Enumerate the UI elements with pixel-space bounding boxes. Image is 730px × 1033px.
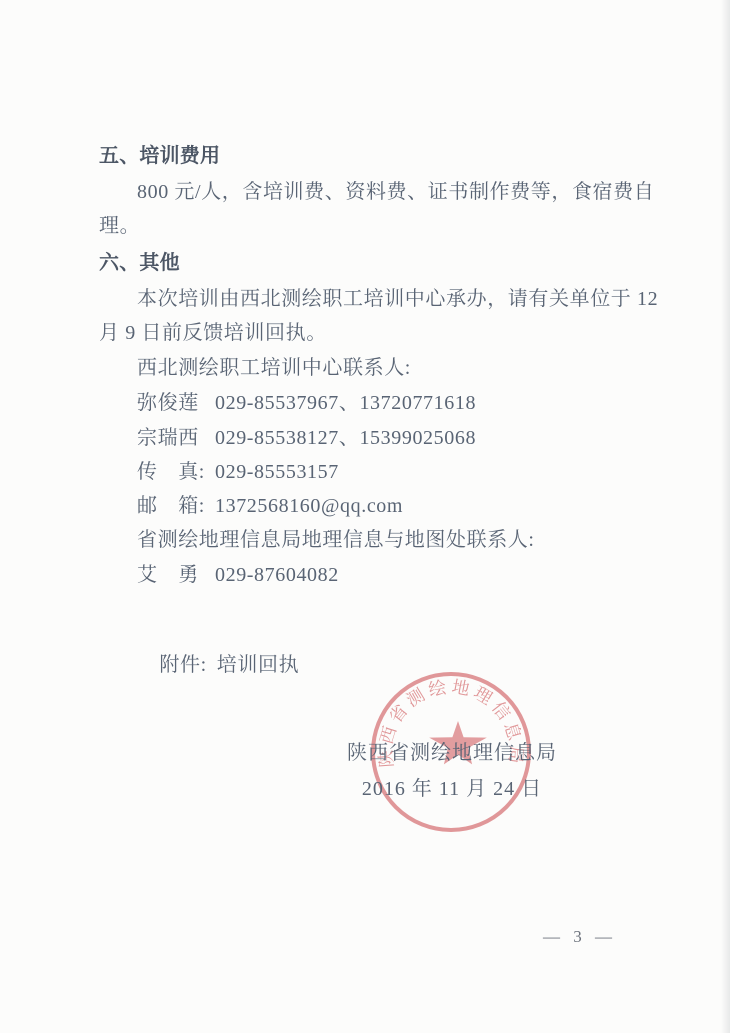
- contact-phones: 029-87604082: [215, 563, 339, 587]
- signature-org: 陕西省测绘地理信息局: [347, 736, 557, 765]
- contact-row-email: 邮 箱: 1372568160@qq.com: [99, 494, 689, 518]
- section-fee-line-2: 理。: [99, 214, 651, 238]
- contact-phones: 029-85538127、15399025068: [215, 426, 476, 450]
- signature-date: 2016 年 11 月 24 日: [362, 772, 542, 801]
- section-fee-line-1: 800 元/人，含培训费、资料费、证书制作费等，食宿费自: [99, 180, 689, 204]
- attachment-value: 培训回执: [217, 654, 299, 676]
- contact-row: 艾 勇 029-87604082: [99, 563, 689, 587]
- page-number: — 3 —: [543, 927, 614, 947]
- document-page: 五、培训费用 800 元/人，含培训费、资料费、证书制作费等，食宿费自 理。 六…: [0, 0, 730, 1033]
- contact-name: 弥俊莲: [137, 391, 205, 415]
- center-contacts-title: 西北测绘职工培训中心联系人:: [99, 356, 689, 380]
- contact-row: 宗瑞西 029-85538127、15399025068: [99, 426, 689, 450]
- contact-phones: 029-85537967、13720771618: [215, 391, 476, 415]
- email-label: 邮 箱:: [137, 494, 205, 518]
- bureau-contact-title: 省测绘地理信息局地理信息与地图处联系人:: [99, 528, 689, 552]
- contact-row: 弥俊莲 029-85537967、13720771618: [99, 391, 689, 415]
- fax-number: 029-85553157: [215, 460, 339, 484]
- section-other-line-1: 本次培训由西北测绘职工培训中心承办，请有关单位于 12: [99, 287, 689, 311]
- attachment-label: 附件:: [159, 654, 206, 676]
- section-other-line-2: 月 9 日前反馈培训回执。: [99, 321, 651, 345]
- fax-label: 传 真:: [137, 460, 205, 484]
- section-other-heading: 六、其他: [99, 251, 651, 275]
- contact-name: 艾 勇: [137, 563, 205, 587]
- contact-name: 宗瑞西: [137, 426, 205, 450]
- email-address: 1372568160@qq.com: [215, 494, 403, 518]
- contact-row-fax: 传 真: 029-85553157: [99, 460, 689, 484]
- section-fee-heading: 五、培训费用: [99, 144, 651, 168]
